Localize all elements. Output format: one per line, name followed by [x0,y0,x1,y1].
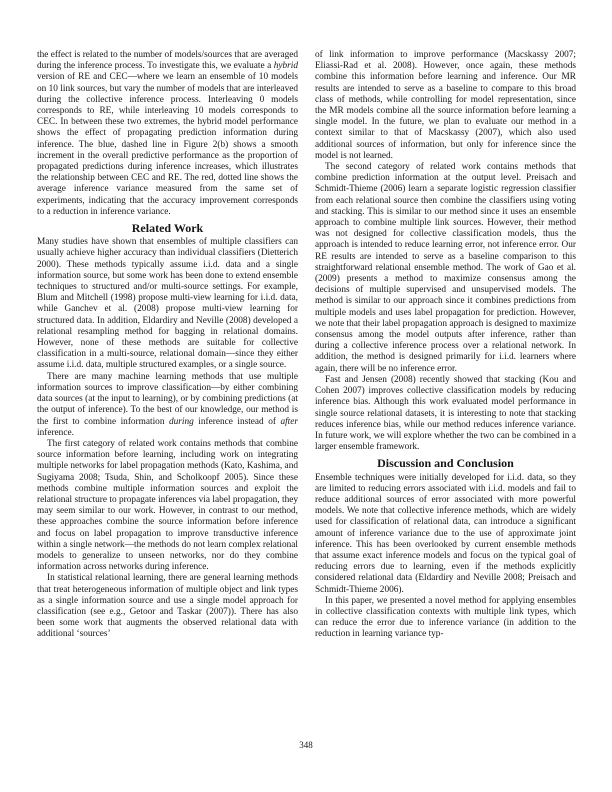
paragraph-ensemble-techniques: Ensemble techniques were initially devel… [315,473,576,596]
left-column: the effect is related to the number of m… [37,50,298,641]
paragraph-fast-jensen: Fast and Jensen (2008) recently showed t… [315,375,576,453]
paragraph-statistical-relational: In statistical relational learning, ther… [37,573,298,640]
italic-term-after: after [280,417,298,427]
section-heading-discussion-conclusion: Discussion and Conclusion [315,458,576,469]
right-column: of link information to improve performan… [315,50,576,641]
paragraph-continuation: the effect is related to the number of m… [37,50,298,218]
text-run: the effect is related to the number of m… [37,50,298,71]
italic-term-during: during [169,417,194,427]
paragraph-many-studies: Many studies have shown that ensembles o… [37,237,298,371]
paper-page: the effect is related to the number of m… [0,0,612,792]
italic-term-hybrid: hybrid [274,61,298,71]
page-number: 348 [0,740,612,750]
text-run: version of RE and CEC—where we learn an … [37,72,298,216]
text-run: inference. [37,428,74,438]
paragraph-first-category: The first category of related work conta… [37,439,298,573]
section-heading-related-work: Related Work [37,223,298,234]
paragraph-link-information: of link information to improve performan… [315,50,576,162]
text-run: inference instead of [194,417,281,427]
paragraph-there-are-many: There are many machine learning methods … [37,372,298,439]
paragraph-second-category: The second category of related work cont… [315,162,576,375]
paragraph-in-this-paper: In this paper, we presented a novel meth… [315,596,576,641]
